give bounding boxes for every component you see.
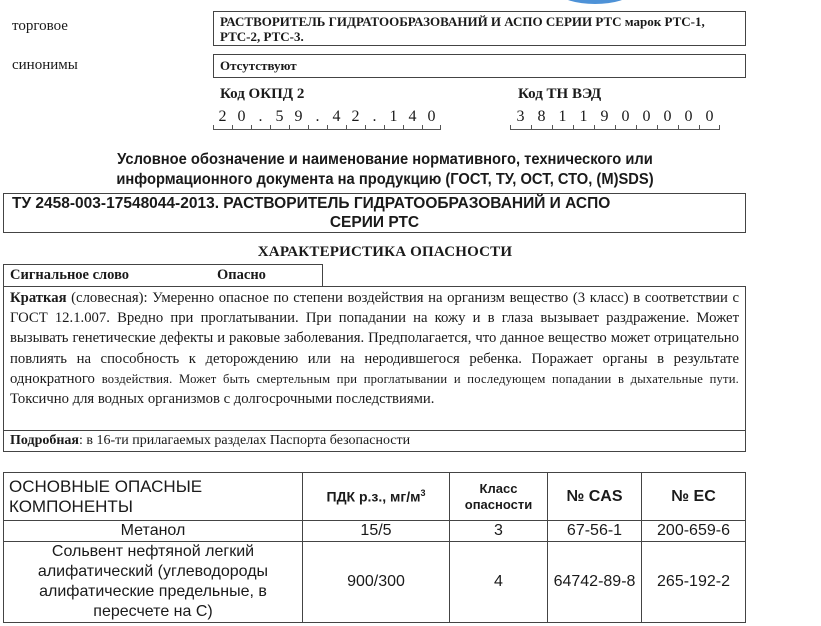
cell-hazard-class: 3 bbox=[450, 521, 548, 542]
tnved-code-label: Код ТН ВЭД bbox=[518, 86, 601, 103]
tnved-digit: 0 bbox=[678, 107, 699, 129]
signal-word-row: Сигнальное слово Опасно bbox=[3, 264, 323, 287]
normative-heading-line-1: Условное обозначение и наименование норм… bbox=[31, 150, 739, 170]
okpd-digit: 4 bbox=[403, 107, 422, 129]
okpd-digit: 0 bbox=[232, 107, 251, 129]
cell-pdk: 15/5 bbox=[303, 521, 450, 542]
okpd-digit: 5 bbox=[270, 107, 289, 129]
cell-ec: 200-659-6 bbox=[642, 521, 746, 542]
tnved-digit: 0 bbox=[615, 107, 636, 129]
signal-word-value: Опасно bbox=[217, 265, 266, 286]
okpd-digit: 2 bbox=[213, 107, 232, 129]
normative-heading-line-2: информационного документа на продукцию (… bbox=[31, 170, 739, 190]
okpd-code-label: Код ОКПД 2 bbox=[220, 86, 304, 103]
header-pdk: ПДК р.з., мг/м3 bbox=[303, 473, 450, 521]
hazard-brief-label: Краткая bbox=[10, 290, 67, 306]
normative-document-line-1: ТУ 2458-003-17548044-2013. РАСТВОРИТЕЛЬ … bbox=[8, 194, 741, 213]
hazard-section-title: ХАРАКТЕРИСТИКА ОПАСНОСТИ bbox=[0, 244, 770, 261]
cell-component: Сольвент нефтяной легкий алифатический (… bbox=[4, 542, 303, 623]
tnved-digit: 0 bbox=[699, 107, 720, 129]
okpd-digit: 9 bbox=[289, 107, 308, 129]
okpd-digit: . bbox=[251, 107, 270, 129]
tnved-digit: 0 bbox=[657, 107, 678, 129]
cell-component: Метанол bbox=[4, 521, 303, 542]
cell-hazard-class: 4 bbox=[450, 542, 548, 623]
okpd-digit: 4 bbox=[327, 107, 346, 129]
okpd-digit: . bbox=[308, 107, 327, 129]
tnved-digit: 9 bbox=[594, 107, 615, 129]
tnved-digit: 1 bbox=[573, 107, 594, 129]
tnved-digit: 1 bbox=[552, 107, 573, 129]
okpd-digit: 1 bbox=[384, 107, 403, 129]
table-row: Сольвент нефтяной легкий алифатический (… bbox=[4, 542, 746, 623]
signal-word-label: Сигнальное слово bbox=[10, 265, 217, 286]
stamp-fragment bbox=[560, 0, 630, 4]
header-component: ОСНОВНЫЕ ОПАСНЫЕ КОМПОНЕНТЫ bbox=[4, 473, 303, 521]
cell-ec: 265-192-2 bbox=[642, 542, 746, 623]
trade-name-field: РАСТВОРИТЕЛЬ ГИДРАТООБРАЗОВАНИЙ И АСПО С… bbox=[213, 11, 746, 46]
hazard-detail-row: Подробная: в 16-ти прилагаемых разделах … bbox=[3, 430, 746, 452]
cell-cas: 67-56-1 bbox=[548, 521, 642, 542]
okpd-digit: 0 bbox=[422, 107, 441, 129]
tnved-digit: 0 bbox=[636, 107, 657, 129]
tnved-code-field: 3811900000 bbox=[510, 107, 720, 130]
cell-cas: 64742-89-8 bbox=[548, 542, 642, 623]
hazard-detail-label: Подробная bbox=[10, 433, 79, 448]
okpd-digit: 2 bbox=[346, 107, 365, 129]
synonyms-field: Отсутствуют bbox=[213, 54, 746, 78]
cell-pdk: 900/300 bbox=[303, 542, 450, 623]
hazard-brief-description: Краткая (словесная): Умеренно опасное по… bbox=[3, 286, 746, 431]
hazard-brief-text-small: воздействия. Может быть смертельным при … bbox=[102, 372, 739, 386]
table-header-row: ОСНОВНЫЕ ОПАСНЫЕ КОМПОНЕНТЫ ПДК р.з., мг… bbox=[4, 473, 746, 521]
table-row: Метанол15/5367-56-1200-659-6 bbox=[4, 521, 746, 542]
okpd-digit: . bbox=[365, 107, 384, 129]
okpd-code-field: 20.59.42.140 bbox=[213, 107, 441, 130]
header-cas: № CAS bbox=[548, 473, 642, 521]
trade-name-label: торговое bbox=[12, 18, 68, 35]
hazardous-components-table: ОСНОВНЫЕ ОПАСНЫЕ КОМПОНЕНТЫ ПДК р.з., мг… bbox=[3, 472, 746, 623]
header-ec: № ЕС bbox=[642, 473, 746, 521]
hazard-detail-text: : в 16-ти прилагаемых разделах Паспорта … bbox=[79, 433, 410, 448]
tnved-digit: 3 bbox=[510, 107, 531, 129]
header-hazard-class: Классопасности bbox=[450, 473, 548, 521]
normative-document-field: ТУ 2458-003-17548044-2013. РАСТВОРИТЕЛЬ … bbox=[3, 193, 746, 233]
synonyms-label: синонимы bbox=[12, 57, 78, 74]
hazard-brief-text-end: Токсично для водных организмов с долгоср… bbox=[10, 391, 434, 407]
normative-document-line-2: СЕРИИ РТС bbox=[8, 213, 741, 232]
tnved-digit: 8 bbox=[531, 107, 552, 129]
